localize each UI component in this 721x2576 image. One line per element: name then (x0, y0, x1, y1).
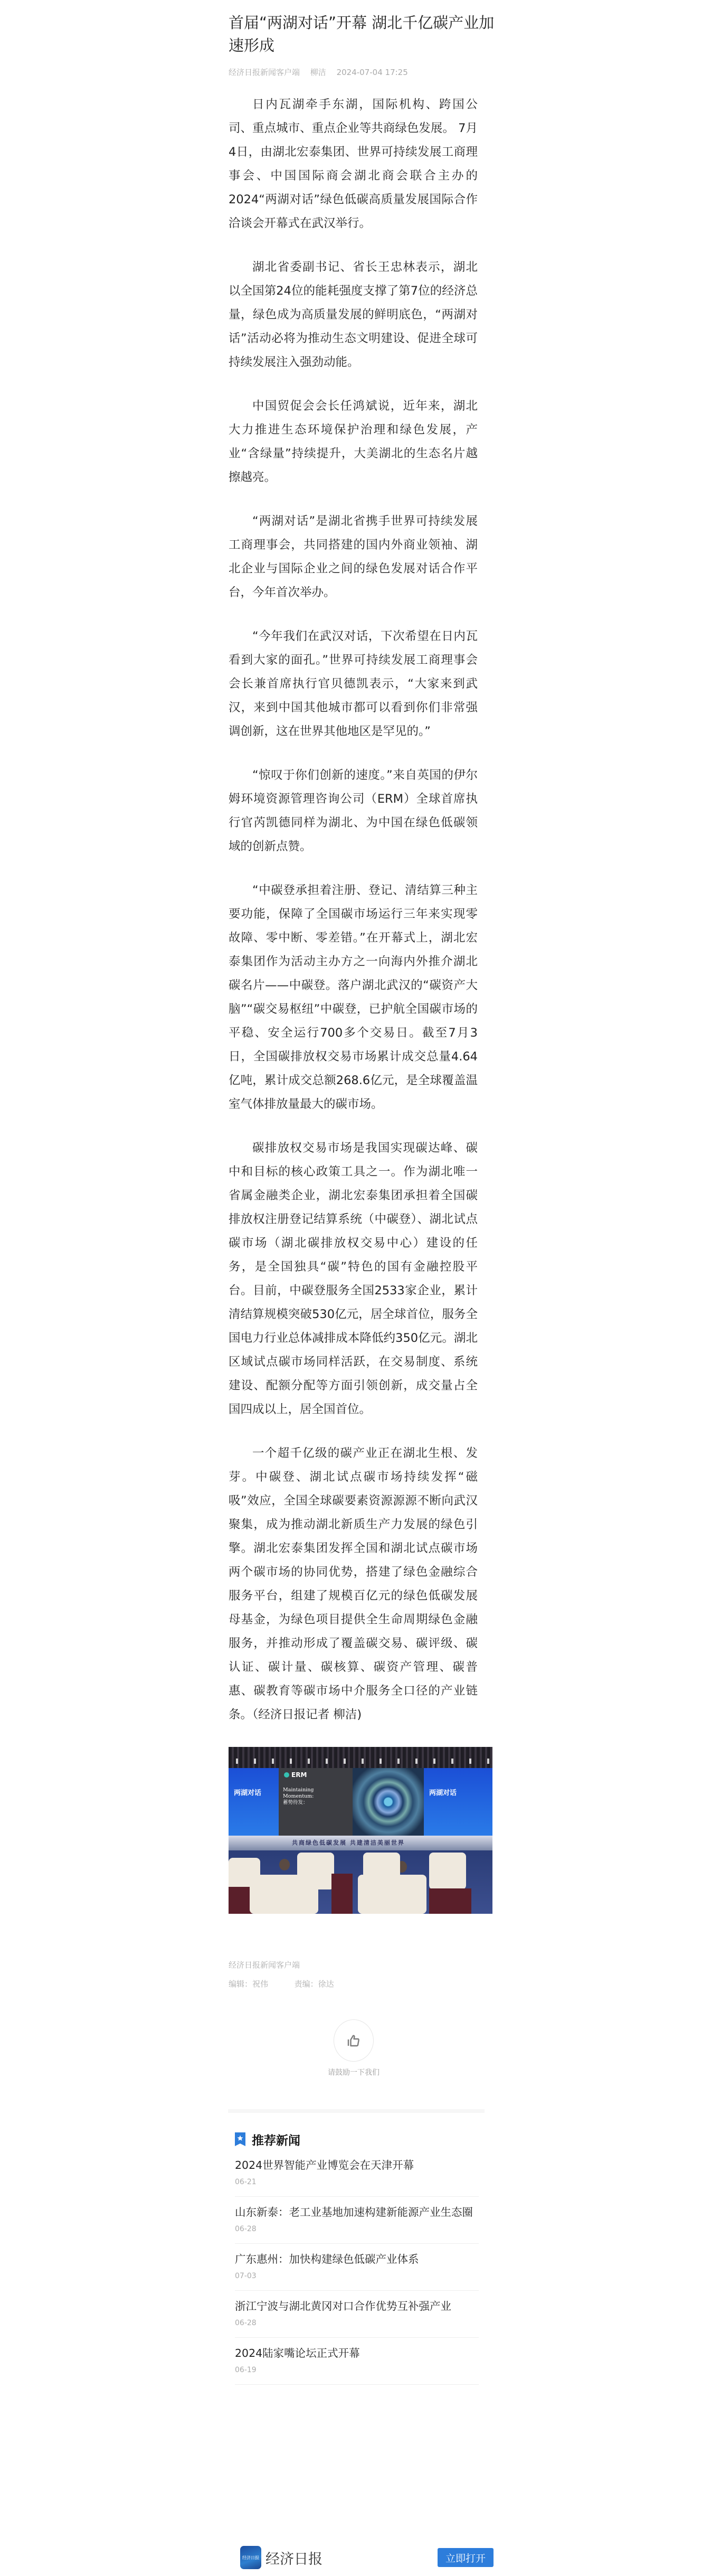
news-list-item[interactable]: 浙江宁波与湖北黄冈对口合作优势互补强产业 06-28 (235, 2291, 479, 2338)
news-item-title[interactable]: 山东新泰：老工业基地加速构建新能源产业生态圈 (235, 2203, 479, 2222)
photo-stage-slogan: 共商绿色低碳发展 共建清洁美丽世界 (292, 1838, 405, 1847)
recommended-news: 推荐新闻 2024世界智能产业博览会在天津开幕 06-21 山东新泰：老工业基地… (222, 2129, 507, 2385)
article-source: 经济日报新闻客户端 (229, 68, 300, 77)
article-paragraph: “中碳登承担着注册、登记、清结算三种主要功能，保障了全国碳市场运行三年来实现零故… (229, 879, 478, 1116)
app-name: 经济日报 (265, 2547, 322, 2568)
photo-headline-line: 蓄势待发： (283, 1800, 314, 1806)
bookmark-star-icon (235, 2132, 245, 2146)
thumbs-up-icon (346, 2033, 361, 2048)
news-item-title[interactable]: 广东惠州：加快构建绿色低碳产业体系 (235, 2250, 479, 2269)
photo-chair (429, 1853, 466, 1889)
like-button[interactable] (334, 2019, 374, 2062)
news-item-date: 06-21 (235, 2176, 479, 2188)
photo-stage-banner: 共商绿色低碳发展 共建清洁美丽世界 (229, 1836, 492, 1850)
article-photo[interactable]: 两湖对话 ERM Maintaining Momentum: 蓄势待发： 两湖对… (229, 1747, 492, 1914)
photo-headline-line: Maintaining (283, 1787, 314, 1793)
photo-screen-right: 两湖对话 (424, 1768, 492, 1836)
article-paragraph: 一个超千亿级的碳产业正在湖北生根、发芽。中碳登、湖北试点碳市场持续发挥“磁吸”效… (229, 1442, 478, 1727)
article-paragraph: “今年我们在武汉对话，下次希望在日内瓦看到大家的面孔。”世界可持续发展工商理事会… (229, 625, 478, 744)
article-paragraph: 中国贸促会会长任鸿斌说，近年来，湖北大力推进生态环境保护治理和绿色发展，产业“含… (229, 394, 478, 490)
photo-chair (250, 1875, 318, 1914)
news-list-item[interactable]: 山东新泰：老工业基地加速构建新能源产业生态圈 06-28 (235, 2197, 479, 2244)
photo-screen-left: 两湖对话 (229, 1768, 279, 1836)
news-list-item[interactable]: 2024陆家嘴论坛正式开幕 06-19 (235, 2338, 479, 2385)
editor-label: 编辑： (229, 1979, 252, 1989)
article-title: 首届“两湖对话”开幕 湖北千亿碳产业加速形成 (229, 12, 500, 57)
footer-source: 经济日报新闻客户端 (229, 1959, 500, 1971)
open-app-button[interactable]: 立即打开 (438, 2548, 494, 2567)
photo-headline-line: Momentum: (283, 1793, 314, 1800)
photo-screen-center: ERM Maintaining Momentum: 蓄势待发： (279, 1768, 353, 1836)
article-paragraph: 碳排放权交易市场是我国实现碳达峰、碳中和目标的核心政策工具之一。作为湖北唯一省属… (229, 1136, 478, 1422)
photo-stage-truss (229, 1747, 492, 1768)
article-meta: 经济日报新闻客户端 柳洁 2024-07-04 17:25 (229, 67, 500, 78)
photo-attendee (279, 1859, 290, 1870)
news-list-item[interactable]: 广东惠州：加快构建绿色低碳产业体系 07-03 (235, 2244, 479, 2291)
photo-brand-text: 两湖对话 (429, 1787, 457, 1797)
chief-editor-name: 徐达 (318, 1979, 334, 1989)
article-page: 首届“两湖对话”开幕 湖北千亿碳产业加速形成 经济日报新闻客户端 柳洁 2024… (222, 0, 507, 2385)
article-paragraph: “两湖对话”是湖北省携手世界可持续发展工商理事会，共同搭建的国内外商业领袖、湖北… (229, 510, 478, 605)
article-paragraph: 湖北省委副书记、省长王忠林表示，湖北以全国第24位的能耗强度支撑了第7位的经济总… (229, 256, 478, 374)
article-paragraph: 日内瓦湖牵手东湖，国际机构、跨国公司、重点城市、重点企业等共商绿色发展。 7月4… (229, 93, 478, 236)
article-paragraph: “惊叹于你们创新的速度。”来自英国的伊尔姆环境资源管理咨询公司（ERM）全球首席… (229, 764, 478, 859)
photo-screen-art (353, 1768, 424, 1836)
article-author: 柳洁 (310, 68, 326, 77)
article: 首届“两湖对话”开幕 湖北千亿碳产业加速形成 经济日报新闻客户端 柳洁 2024… (222, 12, 507, 2077)
editors-line: 编辑：祝伟 责编：徐达 (229, 1978, 500, 1990)
news-item-date: 06-28 (235, 2317, 479, 2329)
recommended-header: 推荐新闻 (235, 2129, 494, 2150)
photo-screen-headline: Maintaining Momentum: 蓄势待发： (283, 1787, 314, 1806)
article-body: 日内瓦湖牵手东湖，国际机构、跨国公司、重点城市、重点企业等共商绿色发展。 7月4… (229, 93, 500, 1914)
photo-erm-logo: ERM (284, 1771, 307, 1779)
photo-side-table (331, 1874, 353, 1914)
like-section: 请鼓励一下我们 (229, 2019, 500, 2077)
chief-editor-label: 责编： (295, 1979, 318, 1989)
photo-side-table (429, 1888, 471, 1914)
news-item-title[interactable]: 2024陆家嘴论坛正式开幕 (235, 2344, 479, 2363)
article-datetime: 2024-07-04 17:25 (337, 68, 408, 77)
news-item-date: 06-19 (235, 2364, 479, 2376)
news-item-date: 06-28 (235, 2223, 479, 2235)
editor-name: 祝伟 (252, 1979, 268, 1989)
news-item-title[interactable]: 浙江宁波与湖北黄冈对口合作优势互补强产业 (235, 2297, 479, 2316)
app-download-banner: 经济日报 经济日报 立即打开 (222, 2545, 507, 2570)
like-label: 请鼓励一下我们 (229, 2067, 479, 2077)
photo-side-table (229, 1887, 252, 1914)
news-item-title[interactable]: 2024世界智能产业博览会在天津开幕 (235, 2156, 479, 2175)
news-item-date: 07-03 (235, 2270, 479, 2282)
section-divider (228, 2109, 485, 2113)
photo-brand-text: 两湖对话 (234, 1787, 261, 1797)
photo-chair (358, 1875, 426, 1914)
app-logo-icon: 经济日报 (240, 2546, 261, 2569)
news-list-item[interactable]: 2024世界智能产业博览会在天津开幕 06-21 (235, 2150, 479, 2197)
recommended-title: 推荐新闻 (252, 2131, 300, 2148)
photo-stage-lights (229, 1759, 492, 1764)
